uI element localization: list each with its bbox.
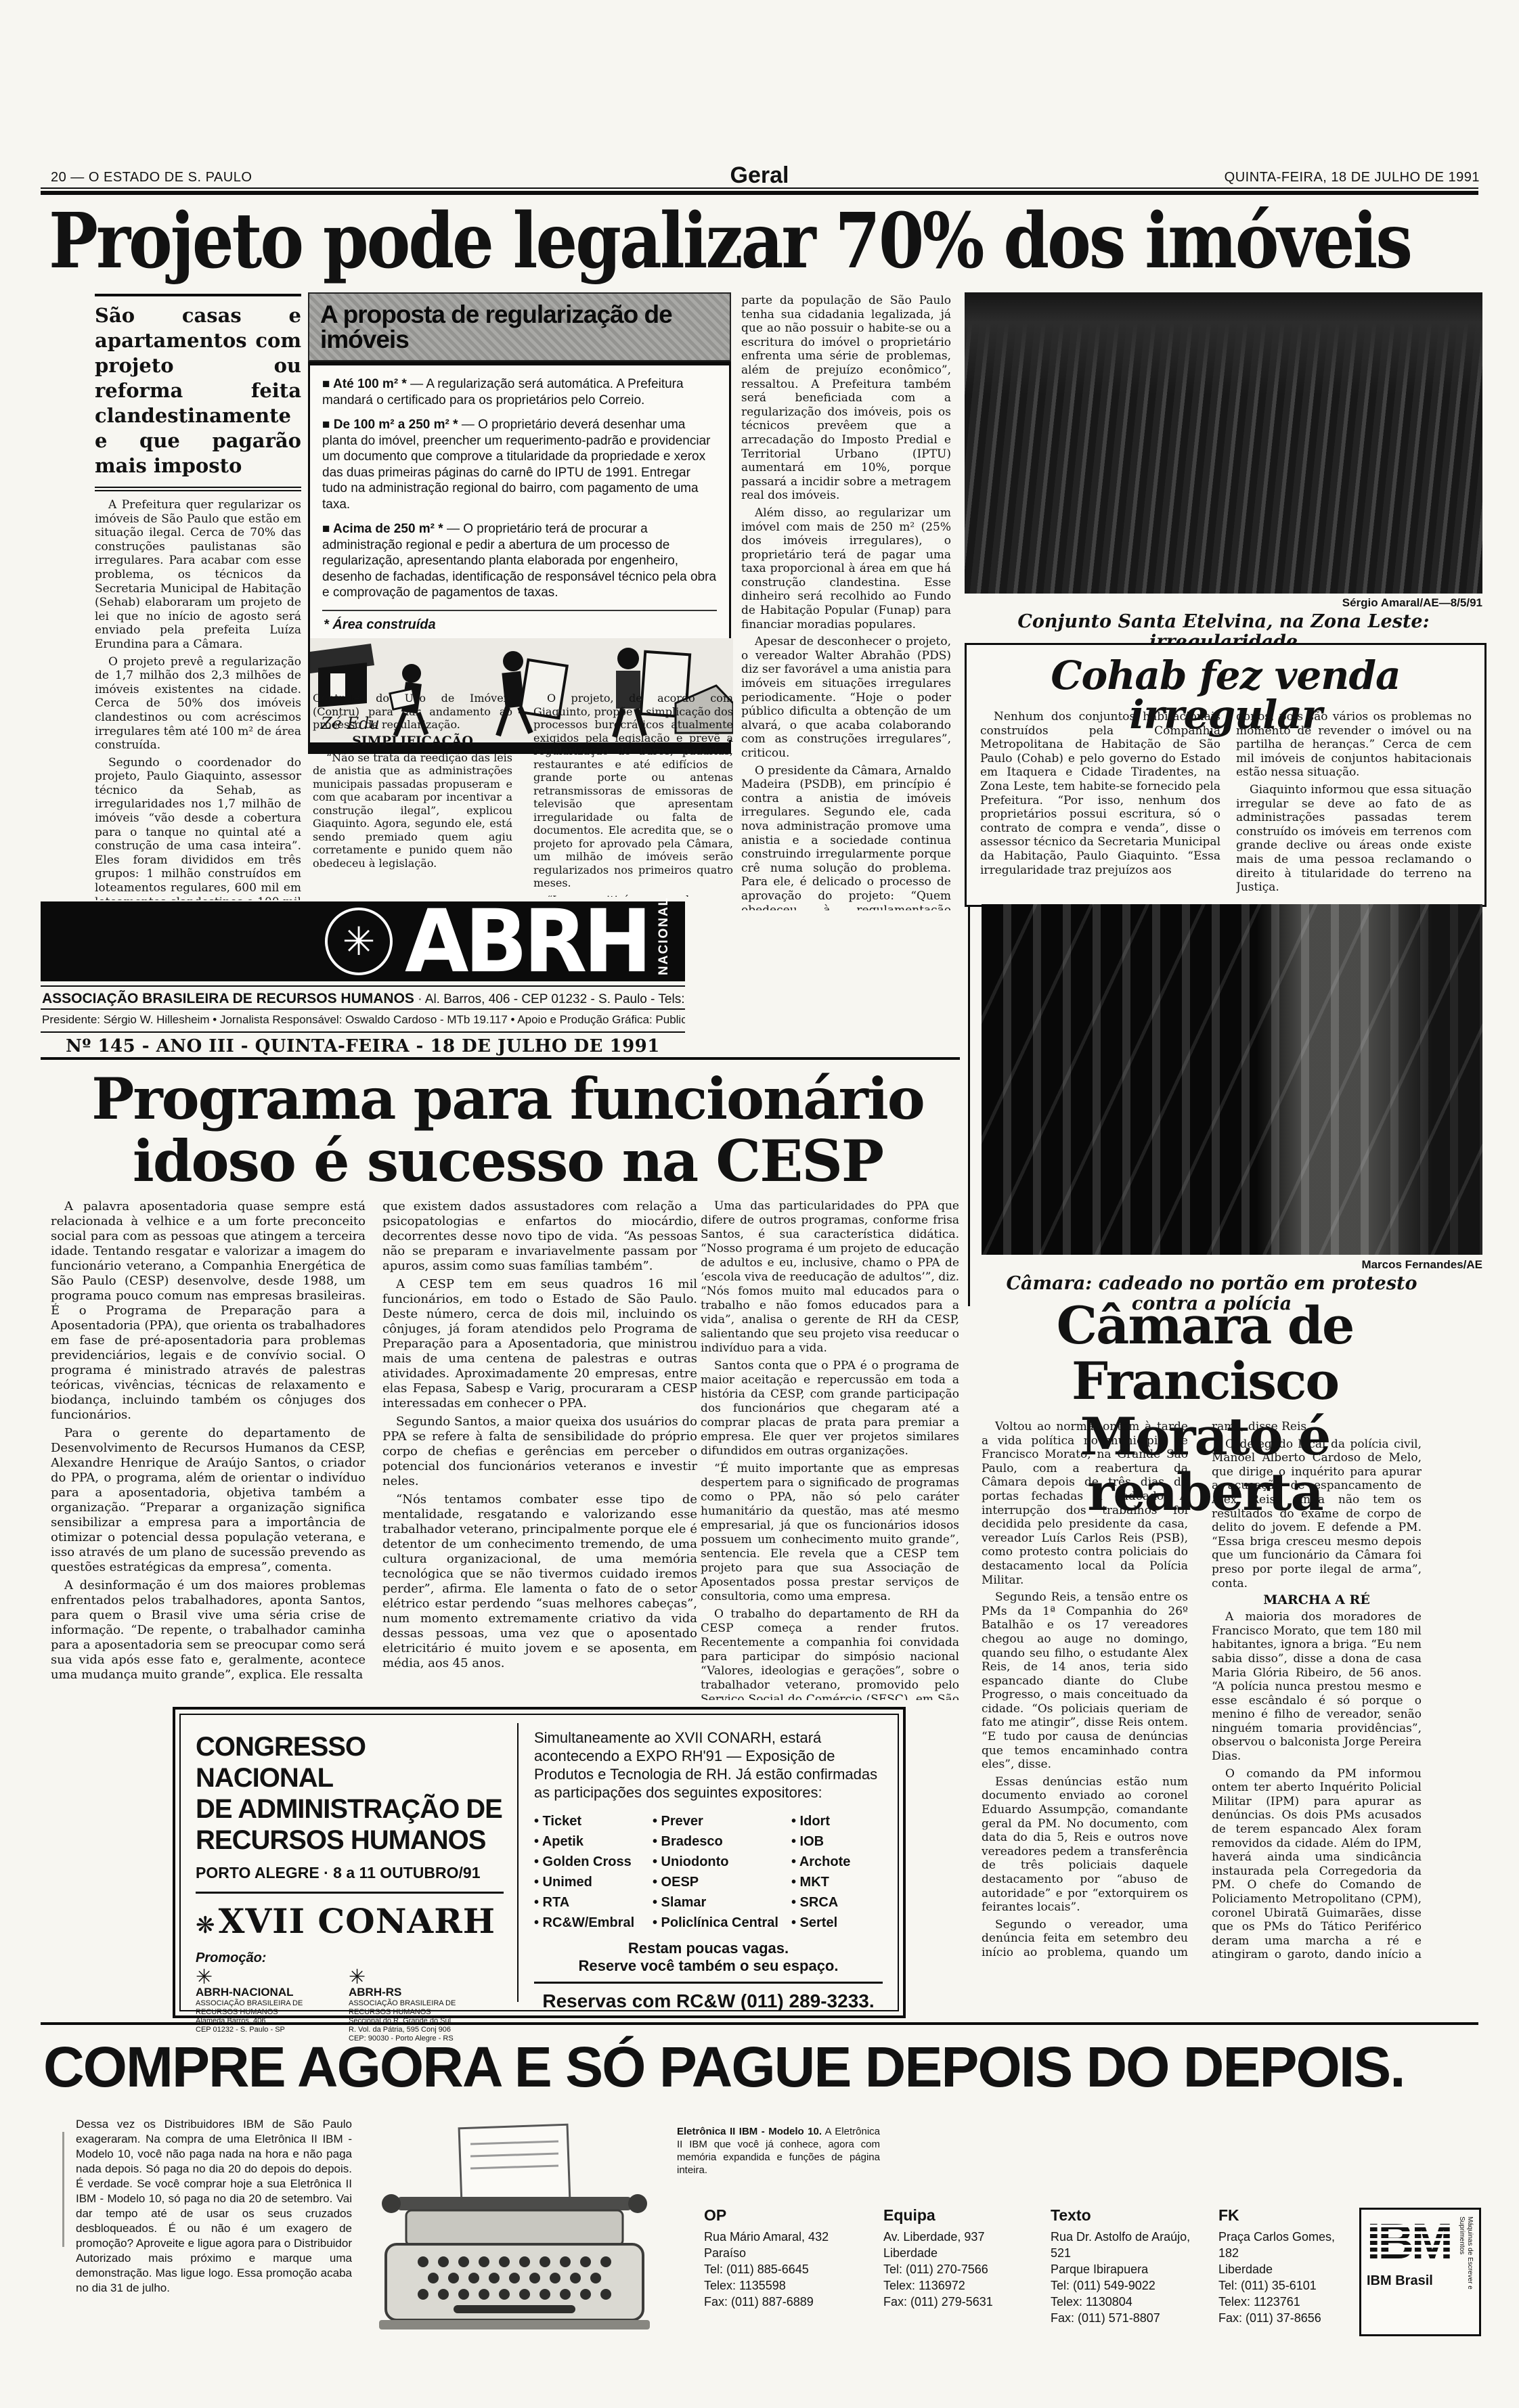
paragraph: Além disso, ao regularizar um imóvel com… [741,506,951,631]
expositor: • Archote [791,1852,879,1872]
cohab-col2: donos, pois são vários os problemas no m… [1236,710,1472,894]
dealer-line: Fax: (011) 37-8656 [1218,2310,1354,2326]
conarh-title-line1: CONGRESSO NACIONAL [196,1731,504,1793]
dealer-name: OP [704,2208,873,2223]
expositor: • Prever [653,1811,791,1831]
dealer-texto: Texto Rua Dr. Astolfo de Araújo, 521 Par… [1051,2208,1213,2326]
paragraph: Apesar de desconhecer o projeto, o verea… [741,635,951,760]
cesp-headline-line2: idoso é sucesso na CESP [41,1130,975,1192]
abrh-nacional-label: NACIONAL [657,908,670,975]
paragraph: A Prefeitura quer regularizar os imóveis… [95,498,301,652]
dealer-line: Rua Dr. Astolfo de Araújo, 521 [1051,2229,1213,2261]
abrh-rule [41,1031,685,1033]
dealer-line: Av. Liberdade, 937 [883,2229,1046,2245]
org-address: R. Vol. da Pátria, 595 Conj 906 [349,2026,491,2034]
org-name: ABRH-RS [349,1986,491,1999]
paragraph: Segundo o coordenador do projeto, Paulo … [95,756,301,900]
expositor: • Golden Cross [534,1852,653,1872]
photo-credit: Sérgio Amaral/AE—8/5/91 [965,597,1482,608]
proposal-infobox-titlebar: A proposta de regularização de imóveis [308,292,731,361]
expositor-column: • Ticket • Apetik • Golden Cross • Unime… [534,1811,653,1933]
lead-story-underbox-right: O projeto, de acordo com Giaquinto, prop… [533,692,733,897]
expositor: • Slamar [653,1892,791,1913]
abrh-rule [41,1008,685,1010]
header-thick-rule [41,191,1478,195]
org-desc: ASSOCIAÇÃO BRASILEIRA DE RECURSOS HUMANO… [196,1999,331,2017]
conarh-org-abrh-rs: ✳ ABRH-RS ASSOCIAÇÃO BRASILEIRA DE RECUR… [349,1973,491,2043]
typewriter-illustration [359,2117,663,2343]
expositor: • Idort [791,1811,879,1831]
paragraph: Segundo o vereador, uma denúncia feita e… [982,1918,1188,1961]
paragraph: A palavra aposentadoria quase sempre est… [51,1199,366,1423]
ibm-logo-box: IBM IBM Brasil Máquinas de Escrever e Su… [1359,2208,1481,2336]
paragraph: O comando da PM informou ontem ter abert… [1212,1767,1422,1961]
proposal-item-term: ■ Até 100 m² * [322,377,407,391]
expositor: • RC&W/Embral [534,1913,653,1933]
expositor: • Unimed [534,1872,653,1892]
conarh-ad: CONGRESSO NACIONAL DE ADMINISTRAÇÃO DE R… [173,1707,906,2018]
ad-agency-credit-vertical [62,2132,64,2247]
conarh-reservation: Reservas com RC&W (011) 289-3233. [534,1982,883,2011]
paragraph: donos, pois são vários os problemas no m… [1236,710,1472,780]
abrh-logo-icon: ✳ [325,908,393,975]
cesp-col2: que existem dados assustadores com relaç… [382,1199,697,1693]
dealer-fk: FK Praça Carlos Gomes, 182 Liberdade Tel… [1218,2208,1354,2326]
abrh-staff-line: Presidente: Sérgio W. Hillesheim • Jorna… [42,1013,685,1027]
paragraph: O delegado local da polícia civil, Manoe… [1212,1437,1422,1591]
dealer-line: Paraíso [704,2245,873,2261]
abrh-rule [41,985,685,987]
cohab-col1: Nenhum dos conjuntos habitacionais const… [980,710,1220,894]
ad-top-rule [41,2022,1478,2025]
abrh-org-line: ASSOCIAÇÃO BRASILEIRA DE RECURSOS HUMANO… [42,990,685,1008]
org-name: ABRH-NACIONAL [196,1986,331,1999]
paragraph: Segundo Reis, a tensão entre os PMs da 1… [982,1590,1188,1772]
paragraph: Controle do Uso de Imóveis (Contru) para… [313,692,512,732]
expositor: • RTA [534,1892,653,1913]
cesp-col1: A palavra aposentadoria quase sempre est… [51,1199,366,1693]
ibm-brasil-label: IBM Brasil [1367,2273,1457,2288]
conarh-promo-label: Promoção: [196,1951,504,1965]
dealer-line: Tel: (011) 270-7566 [883,2261,1046,2277]
expositor: • Uniodonto [653,1852,791,1872]
lead-story-col1: São casas e apartamentos com projeto ou … [95,294,301,900]
paragraph: “É muito importante que as empresas desp… [701,1462,959,1604]
conarh-closing1: Restam poucas vagas. [534,1940,883,1957]
dealer-line: Fax: (011) 279-5631 [883,2294,1046,2310]
expositor: • Bradesco [653,1831,791,1852]
proposal-item: ■ De 100 m² a 250 m² * — O proprietário … [322,417,717,512]
paragraph: Essas denúncias estão num documento envi… [982,1775,1188,1915]
conarh-closing2: Reserve você também o seu espaço. [534,1957,883,1975]
lead-story-deck: São casas e apartamentos com projeto ou … [95,294,301,491]
dealer-line: Telex: 1136972 [883,2277,1046,2294]
paragraph: Para o gerente do departamento de Desenv… [51,1426,366,1575]
photo-conjunto-santa-etelvina [965,292,1482,594]
conarh-event-name: XVII CONARH [219,1901,496,1941]
ibm-logo: IBM [1367,2216,1451,2267]
conarh-title-line2: DE ADMINISTRAÇÃO DE [196,1793,504,1825]
conarh-orgs: ✳ ABRH-NACIONAL ASSOCIAÇÃO BRASILEIRA DE… [196,1973,504,2043]
paragraph: Nenhum dos conjuntos habitacionais const… [980,710,1220,877]
photo-credit: Marcos Fernandes/AE [982,1259,1482,1270]
dealer-line: Tel: (011) 549-9022 [1051,2277,1213,2294]
abrh-org-address: · Al. Barros, 406 - CEP 01232 - S. Paulo… [414,992,685,1006]
abrh-bottom-rule [41,1057,960,1060]
abrh-edition-line: Nº 145 - ANO III - QUINTA-FEIRA - 18 DE … [41,1038,685,1055]
paragraph: “Não se trata da reedição das leis de an… [313,751,512,870]
paragraph: O trabalho do departamento de RH da CESP… [701,1607,959,1700]
lead-story-col3: parte da população de São Paulo tenha su… [741,294,951,910]
morato-headline-line1: Câmara de Francisco [982,1298,1428,1409]
paragraph: ram”, disse Reis. [1212,1420,1422,1434]
conarh-intro: Simultaneamente ao XVII CONARH, estará a… [534,1729,883,1802]
product-note-title: Eletrônica II IBM - Modelo 10. [677,2126,822,2137]
paragraph: A desinformação é um dos maiores problem… [51,1578,366,1682]
dealer-line: Praça Carlos Gomes, 182 [1218,2229,1354,2261]
paragraph: que existem dados assustadores com relaç… [382,1199,697,1274]
paragraph: “Nós tentamos combater esse tipo de ment… [382,1492,697,1671]
cesp-headline: Programa para funcionário idoso é sucess… [41,1068,975,1192]
dealer-name: FK [1218,2208,1354,2223]
header-thin-rule [41,187,1478,189]
dealer-line: Telex: 1123761 [1218,2294,1354,2310]
paragraph: A maioria dos moradores de Francisco Mor… [1212,1610,1422,1764]
dealer-line: Telex: 1135598 [704,2277,873,2294]
cohab-story-box: Cohab fez venda irregular Nenhum dos con… [965,643,1487,907]
page-date: QUINTA-FEIRA, 18 DE JULHO DE 1991 [1225,171,1480,184]
abrh-banner: ✳ ABRH NACIONAL [41,901,685,981]
expositor: • Ticket [534,1811,653,1831]
simplificacao-subhead: SIMPLIFICAÇÃO [313,735,512,748]
paragraph: O projeto prevê a regularização de 1,7 m… [95,655,301,753]
abrh-org-name: ASSOCIAÇÃO BRASILEIRA DE RECURSOS HUMANO… [42,991,414,1006]
marcha-a-re-subhead: MARCHA A RÉ [1212,1594,1422,1607]
paragraph: O projeto, de acordo com Giaquinto, prop… [533,692,733,890]
expositor-column: • Idort • IOB • Archote • MKT • SRCA • S… [791,1811,879,1933]
expositor: • OESP [653,1872,791,1892]
proposal-infobox-title: A proposta de regularização de imóveis [320,300,672,353]
typewriter-drawing [359,2117,663,2340]
dealer-equipa: Equipa Av. Liberdade, 937 Liberdade Tel:… [883,2208,1046,2310]
morato-col2: ram”, disse Reis. O delegado local da po… [1212,1420,1422,1961]
proposal-infobox: A proposta de regularização de imóveis ■… [308,292,731,754]
expositor: • Sertel [791,1913,879,1933]
dealer-line: Rua Mário Amaral, 432 [704,2229,873,2245]
org-address: CEP 01232 - S. Paulo - SP [196,2026,331,2034]
expositor-column: • Prever • Bradesco • Uniodonto • OESP •… [653,1811,791,1933]
expositor: • IOB [791,1831,879,1852]
dealer-line: Liberdade [1218,2261,1354,2277]
dealer-line: Tel: (011) 35-6101 [1218,2277,1354,2294]
conarh-org-abrh-nacional: ✳ ABRH-NACIONAL ASSOCIAÇÃO BRASILEIRA DE… [196,1973,331,2043]
ibm-product-note: Eletrônica II IBM - Modelo 10. A Eletrôn… [677,2125,880,2177]
proposal-item: ■ Acima de 250 m² * — O proprietário ter… [322,521,717,601]
lead-headline: Projeto pode legalizar 70% dos imóveis [49,203,1477,280]
dealer-name: Texto [1051,2208,1213,2223]
conarh-title-line3: RECURSOS HUMANOS [196,1825,504,1856]
paragraph: A CESP tem em seus quadros 16 mil funcio… [382,1277,697,1411]
paragraph: Giaquinto informou que essa situação irr… [1236,783,1472,894]
conarh-star-icon: ❋ [196,1912,215,1939]
ibm-side-label: Máquinas de Escrever e Suprimentos [1457,2216,1474,2325]
dealer-name: Equipa [883,2208,1046,2223]
ibm-ad-body: Dessa vez os Distribuidores IBM de São P… [76,2117,352,2350]
dealer-line: Tel: (011) 885-6645 [704,2261,873,2277]
ibm-ad-headline: COMPRE AGORA E SÓ PAGUE DEPOIS DO DEPOIS… [43,2038,1478,2095]
conarh-panel-divider [517,1723,519,2002]
conarh-right-panel: Simultaneamente ao XVII CONARH, estará a… [534,1729,883,2011]
paragraph: Santos conta que o PPA é o programa de m… [701,1359,959,1458]
conarh-expositors: • Ticket • Apetik • Golden Cross • Unime… [534,1811,883,1933]
paragraph: Uma das particularidades do PPA que dife… [701,1199,959,1356]
conarh-subtitle: PORTO ALEGRE · 8 a 11 OUTUBRO/91 [196,1865,504,1881]
expositor: • MKT [791,1872,879,1892]
dealer-line: Parque Ibirapuera [1051,2261,1213,2277]
paragraph: parte da população de São Paulo tenha su… [741,294,951,503]
paragraph: O presidente da Câmara, Arnaldo Madeira … [741,764,951,910]
paragraph: Segundo Santos, a maior queixa dos usuár… [382,1414,697,1489]
paragraph: Voltou ao normal ontem à tarde a vida po… [982,1420,1188,1587]
cesp-col3: Uma das particularidades do PPA que dife… [701,1199,959,1700]
proposal-item-term: ■ De 100 m² a 250 m² * [322,418,458,432]
photo-camara-gate [982,904,1482,1255]
cesp-headline-line1: Programa para funcionário [41,1068,975,1130]
org-desc: ASSOCIAÇÃO BRASILEIRA DE RECURSOS HUMANO… [349,1999,491,2017]
dealer-line: Fax: (011) 571-8807 [1051,2310,1213,2326]
proposal-item-term: ■ Acima de 250 m² * [322,522,443,536]
morato-col1: Voltou ao normal ontem à tarde a vida po… [982,1420,1188,1961]
proposal-footnote: * Área construída [322,610,717,638]
dealer-op: OP Rua Mário Amaral, 432 Paraíso Tel: (0… [704,2208,873,2310]
dealer-line: Liberdade [883,2245,1046,2261]
conarh-event-block: ❋ XVII CONARH [196,1892,504,1939]
lead-story-underbox-left: Controle do Uso de Imóveis (Contru) para… [313,692,512,897]
conarh-left-panel: CONGRESSO NACIONAL DE ADMINISTRAÇÃO DE R… [196,1731,504,2043]
expositor: • SRCA [791,1892,879,1913]
ibm-logo-stripes [1364,2221,1453,2265]
proposal-item: ■ Até 100 m² * — A regularização será au… [322,376,717,408]
expositor: • Apetik [534,1831,653,1852]
expositor: • Policlínica Central [653,1913,791,1933]
dealer-line: Telex: 1130804 [1051,2294,1213,2310]
dealer-line: Fax: (011) 887-6889 [704,2294,873,2310]
abrh-wordmark: ABRH [405,898,648,985]
